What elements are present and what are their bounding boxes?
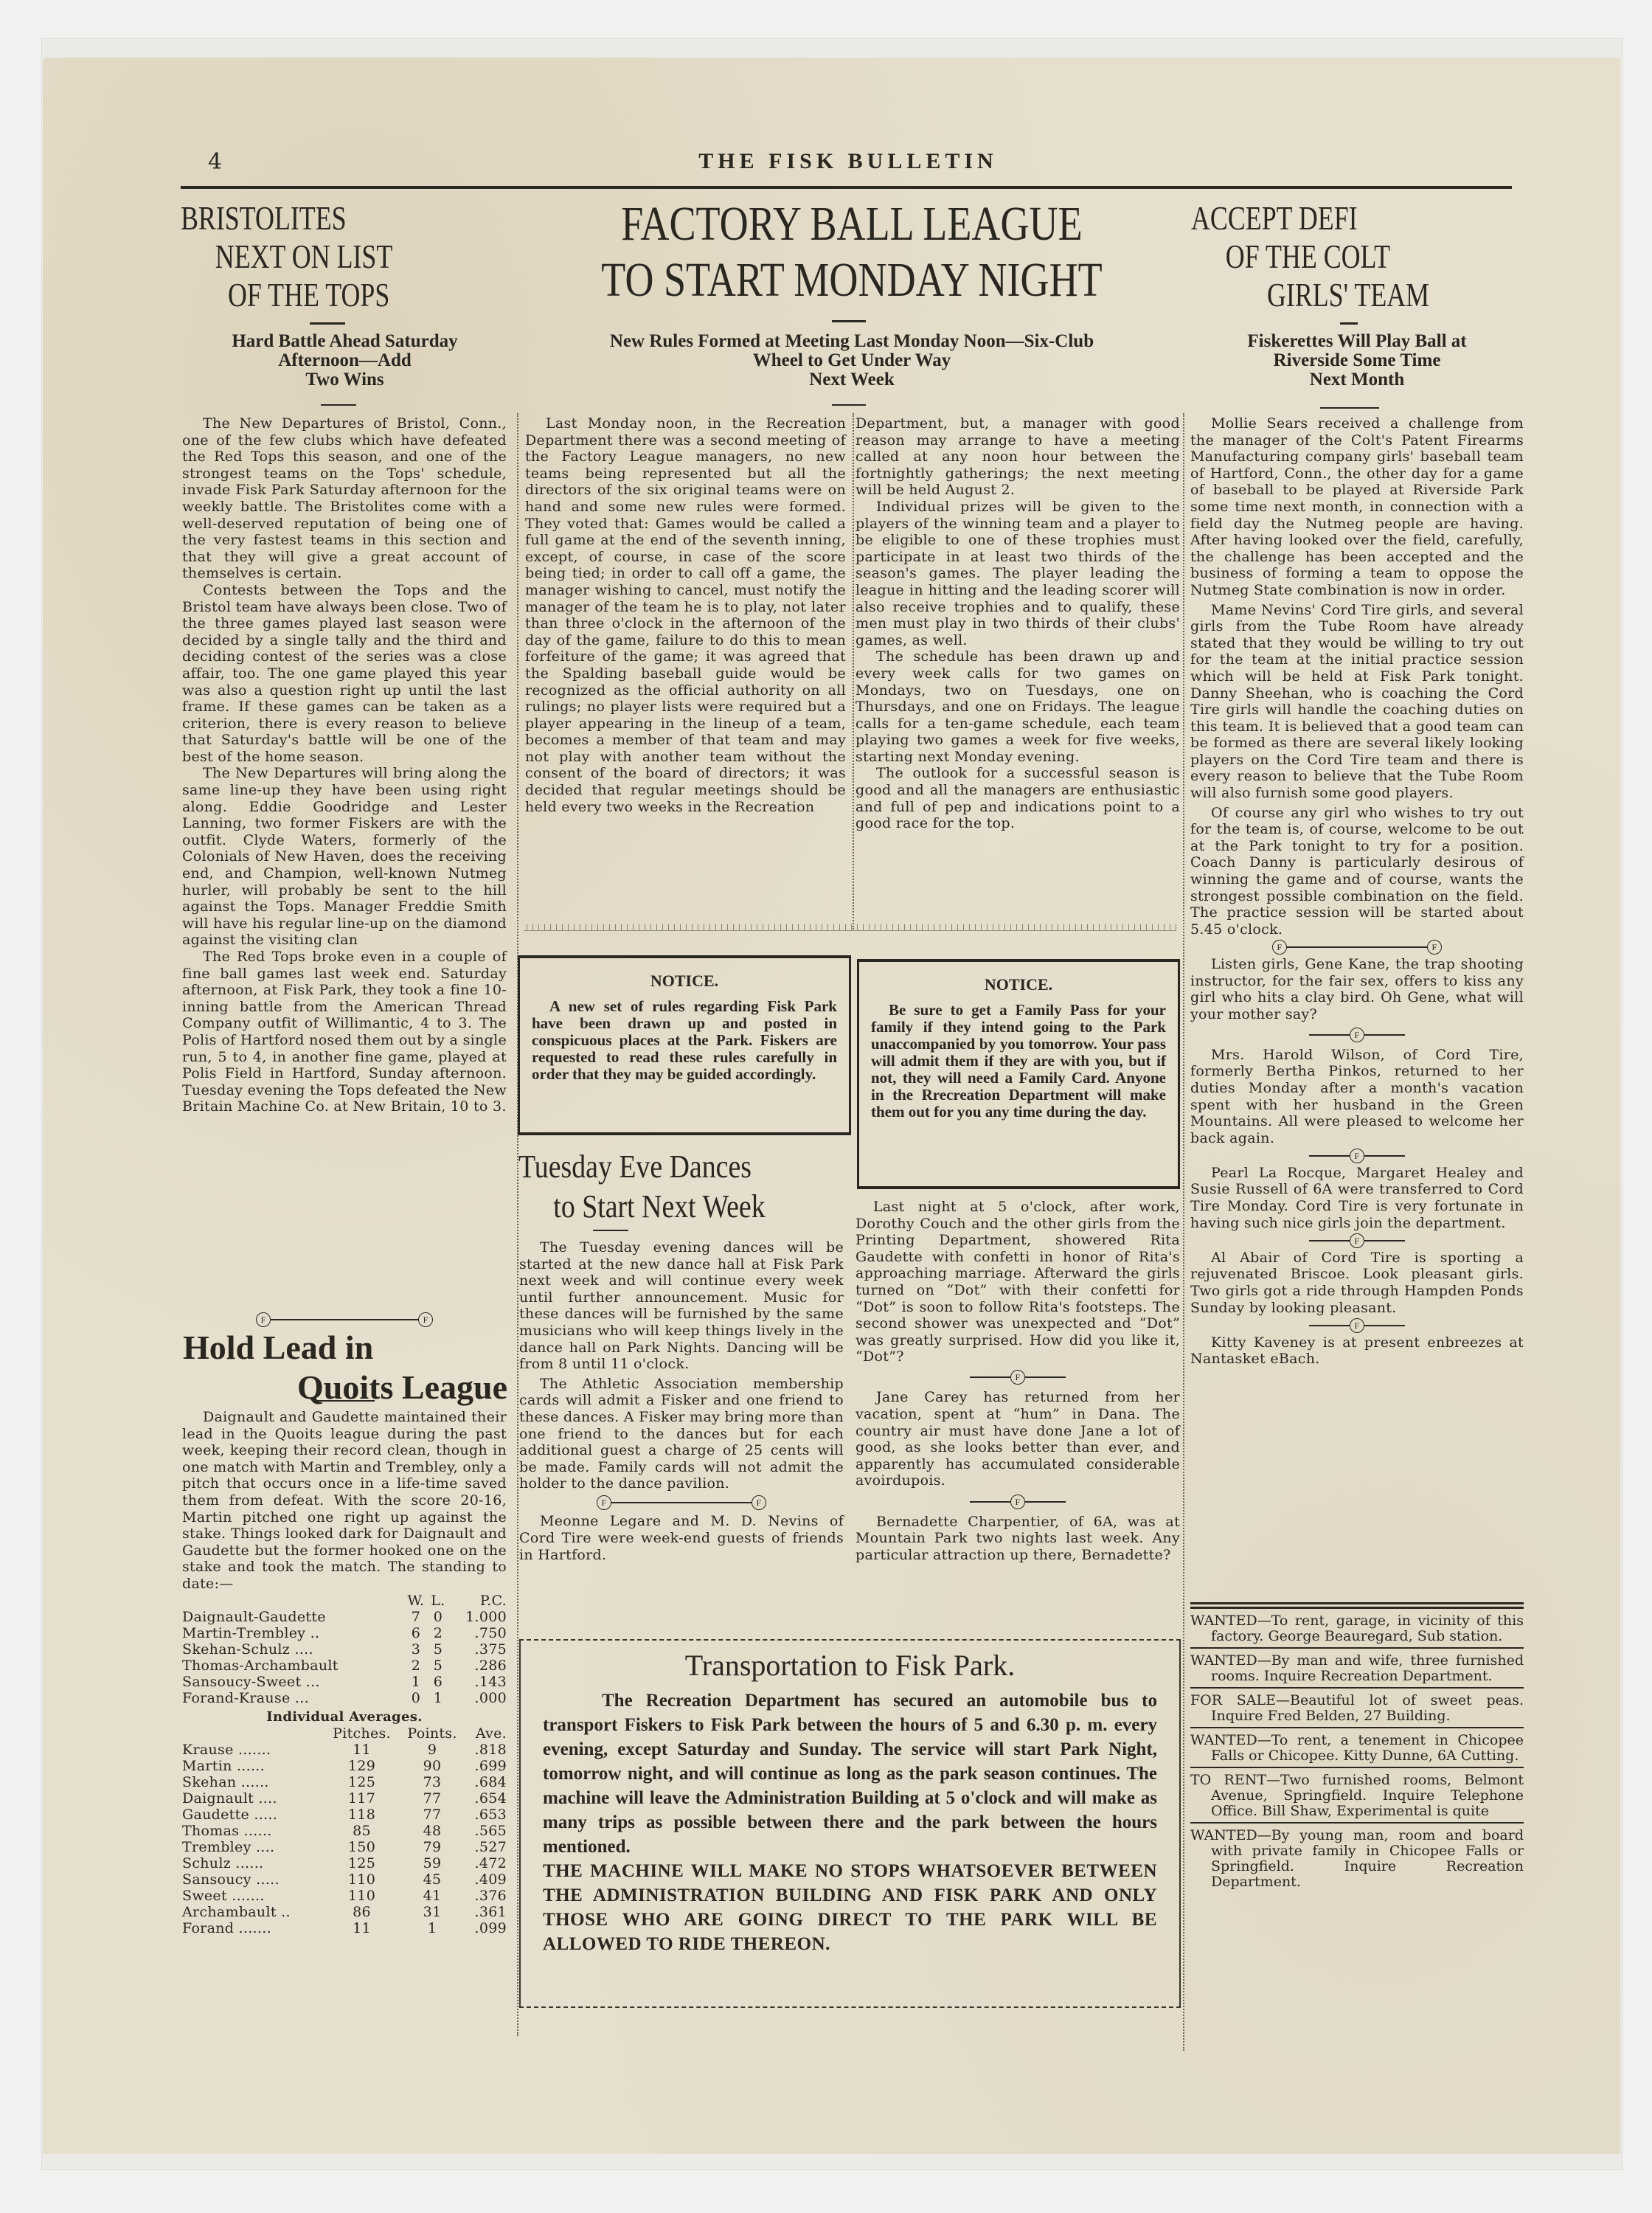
notice-park-rules: NOTICE. A new set of rules regarding Fis…	[518, 955, 851, 1135]
f-separator: F	[855, 1494, 1180, 1509]
factory-league-col1: Last Monday noon, in the Recreation Depa…	[525, 415, 846, 815]
table-row: Martin ......12990.699	[182, 1758, 507, 1774]
notice-family-pass: NOTICE. Be sure to get a Family Pass for…	[857, 959, 1180, 1189]
double-rule	[1190, 1602, 1524, 1609]
table-row: Martin-Trembley ..62.750	[182, 1625, 507, 1641]
left-deck: Hard Battle Ahead Saturday Afternoon—Add…	[181, 332, 509, 389]
f-separator: FF	[519, 1495, 844, 1511]
f-separator: F	[1190, 1148, 1524, 1163]
headline-rule	[832, 320, 866, 322]
classified-ad: WANTED—To rent, garage, in vicinity of t…	[1190, 1609, 1524, 1649]
table-row: Trembley ....15079.527	[182, 1839, 507, 1855]
table-row: Gaudette .....11877.653	[182, 1807, 507, 1823]
averages-table: Pitches.Points.Ave.Krause .......119.818…	[182, 1725, 507, 1936]
f-separator: F	[1190, 1317, 1524, 1333]
notice-title: NOTICE.	[532, 972, 837, 991]
wavy-rule	[848, 924, 1176, 931]
publication-title: THE FISK BULLETIN	[170, 149, 1527, 174]
table-row: Forand .......111.099	[182, 1920, 507, 1936]
table-row: Schulz ......12559.472	[182, 1855, 507, 1871]
table-row: Sansoucy-Sweet ...16.143	[182, 1674, 507, 1690]
masthead: 4 THE FISK BULLETIN	[170, 148, 1527, 184]
f-emblem-icon: F	[256, 1312, 271, 1327]
deck-rule	[1320, 407, 1379, 409]
table-row: Pitches.Points.Ave.	[182, 1725, 507, 1742]
table-row: Skehan ......12573.684	[182, 1774, 507, 1790]
f-emblem-icon: F	[1427, 940, 1442, 955]
headline-rule	[313, 1400, 375, 1402]
classified-ad: WANTED—By man and wife, three furnished …	[1190, 1649, 1524, 1689]
f-emblem-icon: F	[597, 1495, 611, 1510]
headline-rule	[593, 1230, 628, 1231]
f-separator: FF	[1190, 939, 1524, 955]
table-row: Forand-Krause ...01.000	[182, 1690, 507, 1706]
table-row: Thomas-Archambault25.286	[182, 1658, 507, 1674]
personals-column: Last night at 5 o'clock, after work, Dor…	[855, 1199, 1180, 1563]
column-separator	[1183, 413, 1184, 2051]
f-emblem-icon: F	[1272, 940, 1287, 955]
f-separator: F	[1190, 1233, 1524, 1248]
classified-ad: WANTED—By young man, room and board with…	[1190, 1824, 1524, 1893]
classified-ad: WANTED—To rent, a tenement in Chicopee F…	[1190, 1728, 1524, 1768]
standings-table: W.L.P.C.Daignault-Gaudette701.000Martin-…	[182, 1593, 507, 1706]
averages-title: Individual Averages.	[182, 1709, 507, 1726]
deck-rule	[321, 404, 356, 406]
center-deck: New Rules Formed at Meeting Last Monday …	[516, 332, 1187, 389]
f-emblem-icon: F	[752, 1495, 766, 1510]
factory-league-col2: Department, but, a manager with good rea…	[855, 415, 1180, 832]
f-emblem-icon: F	[1350, 1318, 1364, 1333]
table-row: Sweet .......11041.376	[182, 1888, 507, 1904]
center-headline: FACTORY BALL LEAGUE TO START MONDAY NIGH…	[516, 199, 1187, 305]
left-headline: BRISTOLITES NEXT ON LIST OF THE TOPS	[181, 199, 505, 314]
table-row: Daignault ....11777.654	[182, 1790, 507, 1807]
headline-rule	[310, 322, 345, 325]
f-emblem-icon: F	[1010, 1370, 1025, 1385]
notice-text: A new set of rules regarding Fisk Park h…	[532, 998, 837, 1083]
wavy-rule	[524, 924, 848, 931]
colt-girls-article: Mollie Sears received a challenge from t…	[1190, 415, 1524, 1368]
table-row: Daignault-Gaudette701.000	[182, 1609, 507, 1625]
table-row: Archambault ..8631.361	[182, 1904, 507, 1920]
f-separator: FF	[182, 1312, 507, 1327]
table-row: W.L.P.C.	[182, 1593, 507, 1609]
headline-rule	[1340, 322, 1358, 325]
f-emblem-icon: F	[1350, 1149, 1364, 1163]
quoits-article: Daignault and Gaudette maintained their …	[182, 1409, 507, 1936]
notice-title: NOTICE.	[871, 975, 1166, 994]
f-emblem-icon: F	[1350, 1233, 1364, 1248]
f-separator: F	[855, 1370, 1180, 1385]
table-row: Sansoucy .....11045.409	[182, 1871, 507, 1888]
table-row: Thomas ......8548.565	[182, 1823, 507, 1839]
dances-article: The Tuesday evening dances will be start…	[519, 1239, 844, 1563]
f-separator: F	[1190, 1027, 1524, 1042]
classified-ad: FOR SALE—Beautiful lot of sweet peas. In…	[1190, 1689, 1524, 1728]
transportation-title: Transportation to Fisk Park.	[543, 1648, 1157, 1683]
column-separator	[853, 413, 854, 929]
f-emblem-icon: F	[418, 1312, 433, 1327]
quoits-headline: Hold Lead in Quoits League	[183, 1328, 507, 1407]
right-deck: Fiskerettes Will Play Ball at Riverside …	[1187, 332, 1527, 389]
bristolites-article: The New Departures of Bristol, Conn., on…	[182, 415, 507, 1115]
masthead-rule	[181, 186, 1512, 189]
f-emblem-icon: F	[1010, 1495, 1025, 1509]
table-row: Krause .......119.818	[182, 1742, 507, 1758]
right-headline: ACCEPT DEFI OF THE COLT GIRLS' TEAM	[1191, 199, 1530, 314]
f-emblem-icon: F	[1350, 1028, 1364, 1042]
deck-rule	[832, 404, 866, 406]
classifieds: WANTED—To rent, garage, in vicinity of t…	[1190, 1602, 1524, 1893]
table-row: Skehan-Schulz ....35.375	[182, 1641, 507, 1658]
classified-ad: TO RENT—Two furnished rooms, Belmont Ave…	[1190, 1768, 1524, 1824]
transportation-notice: Transportation to Fisk Park. The Recreat…	[519, 1639, 1181, 2008]
dances-headline: Tuesday Eve Dances to Start Next Week	[518, 1147, 852, 1227]
notice-text: Be sure to get a Family Pass for your fa…	[871, 1002, 1166, 1121]
